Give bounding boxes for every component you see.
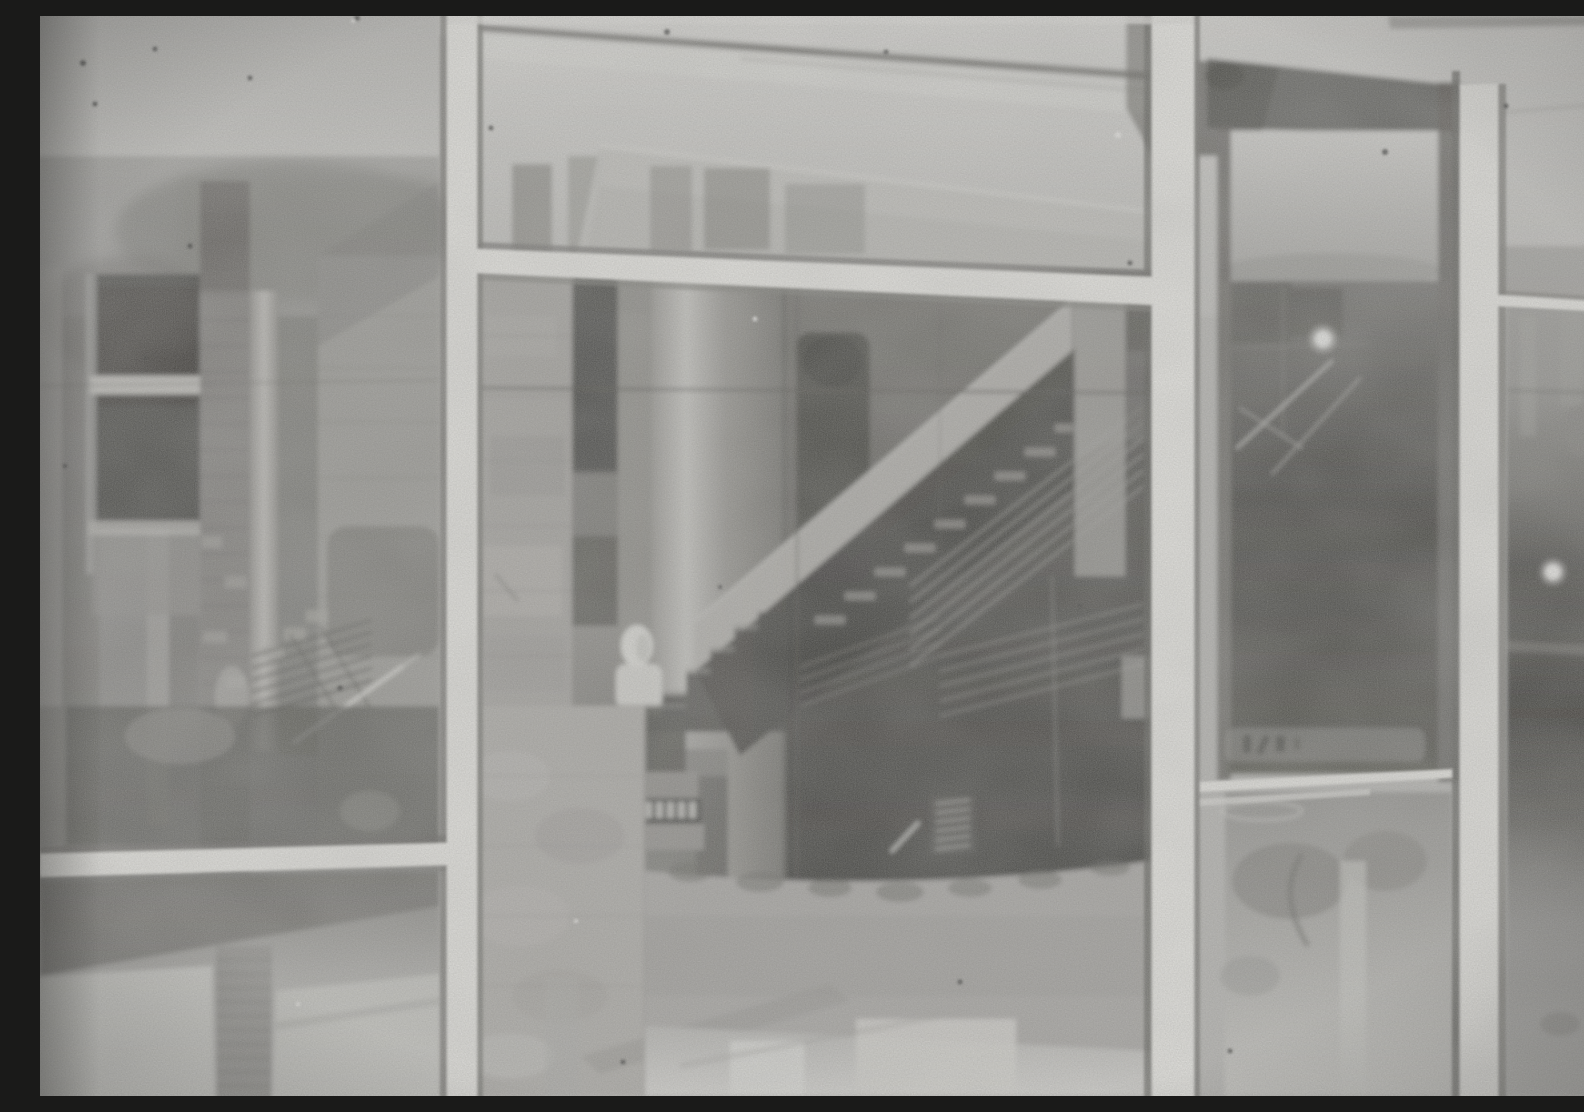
photo-canvas: black-and-white film photograph	[40, 16, 1584, 1096]
photograph: black-and-white film photograph	[40, 16, 1584, 1096]
vignette	[40, 16, 1584, 1096]
